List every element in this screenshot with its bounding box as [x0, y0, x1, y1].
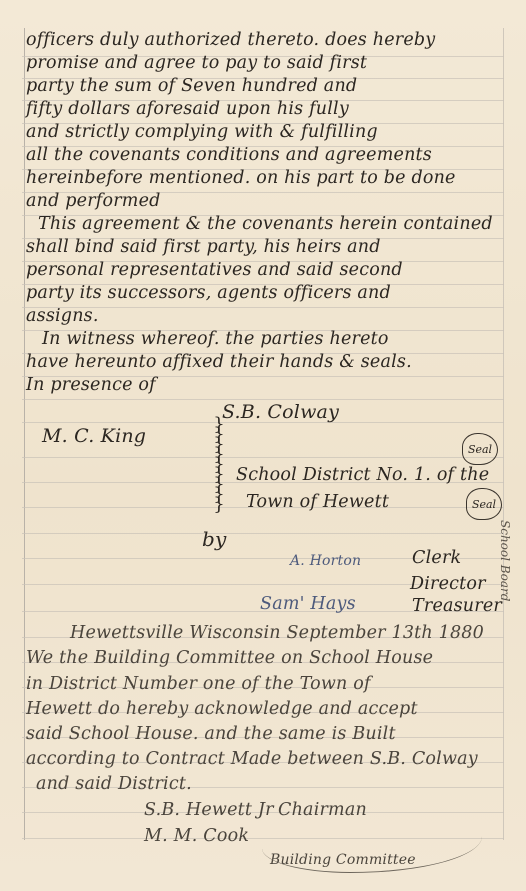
committee-brace [262, 812, 482, 873]
body-line: promise and agree to pay to said first [26, 53, 367, 73]
body-line: party the sum of Seven hundred and [26, 76, 357, 96]
acknowledgment-line: according to Contract Made between S.B. … [26, 749, 478, 769]
acknowledgment-line: We the Building Committee on School Hous… [26, 648, 433, 668]
margin-note: School Board [498, 520, 512, 601]
district-line-2: Town of Hewett [246, 492, 389, 512]
body-line: and performed [26, 191, 161, 211]
seal-icon: Seal [466, 488, 502, 520]
acknowledgment-dateline: Hewettsville Wisconsin September 13th 18… [70, 623, 484, 643]
by-label: by [202, 527, 227, 551]
body-line: and strictly complying with & fulfilling [26, 122, 378, 142]
chairman-signature: S.B. Hewett Jr [144, 800, 274, 820]
body-line: all the covenants conditions and agreeme… [26, 145, 432, 165]
body-line: have hereunto affixed their hands & seal… [26, 352, 412, 372]
treasurer-signature: Sam' Hays [260, 594, 356, 614]
seal-label: Seal [468, 443, 492, 456]
ruled-line [22, 533, 504, 534]
treasurer-title: Treasurer [412, 596, 502, 616]
acknowledgment-line: in District Number one of the Town of [26, 674, 371, 694]
contractor-signature: S.B. Colway [222, 401, 339, 423]
body-line: assigns. [26, 306, 99, 326]
ruled-line [22, 399, 504, 400]
body-line: In presence of [26, 375, 156, 395]
body-line: officers duly authorized thereto. does h… [26, 30, 435, 50]
acknowledgment-line: Hewett do hereby acknowledge and accept [26, 699, 418, 719]
body-line: personal representatives and said second [26, 260, 403, 280]
body-line: hereinbefore mentioned. on his part to b… [26, 168, 456, 188]
seal-icon: Seal [462, 433, 498, 465]
body-line: fifty dollars aforesaid upon his fully [26, 99, 349, 119]
director-title: Director [410, 574, 486, 594]
left-margin-line [24, 28, 25, 840]
ruled-line [22, 457, 504, 458]
witness-signature: M. C. King [42, 425, 146, 447]
body-line: party its successors, agents officers an… [26, 283, 391, 303]
right-margin-line [503, 28, 504, 840]
committee-member-signature: M. M. Cook [144, 826, 249, 846]
body-line: shall bind said first party, his heirs a… [26, 237, 381, 257]
clerk-signature: A. Horton [290, 553, 361, 569]
brace-glyph: }}}}}}}}} [212, 420, 226, 510]
seal-label: Seal [472, 498, 496, 511]
acknowledgment-line: said School House. and the same is Built [26, 724, 396, 744]
body-line: This agreement & the covenants herein co… [38, 214, 493, 234]
district-line-1: School District No. 1. of the [236, 465, 489, 485]
acknowledgment-line: and said District. [36, 774, 192, 794]
body-line: In witness whereof. the parties hereto [42, 329, 389, 349]
document-page: officers duly authorized thereto. does h… [0, 0, 526, 891]
clerk-title: Clerk [412, 548, 461, 568]
